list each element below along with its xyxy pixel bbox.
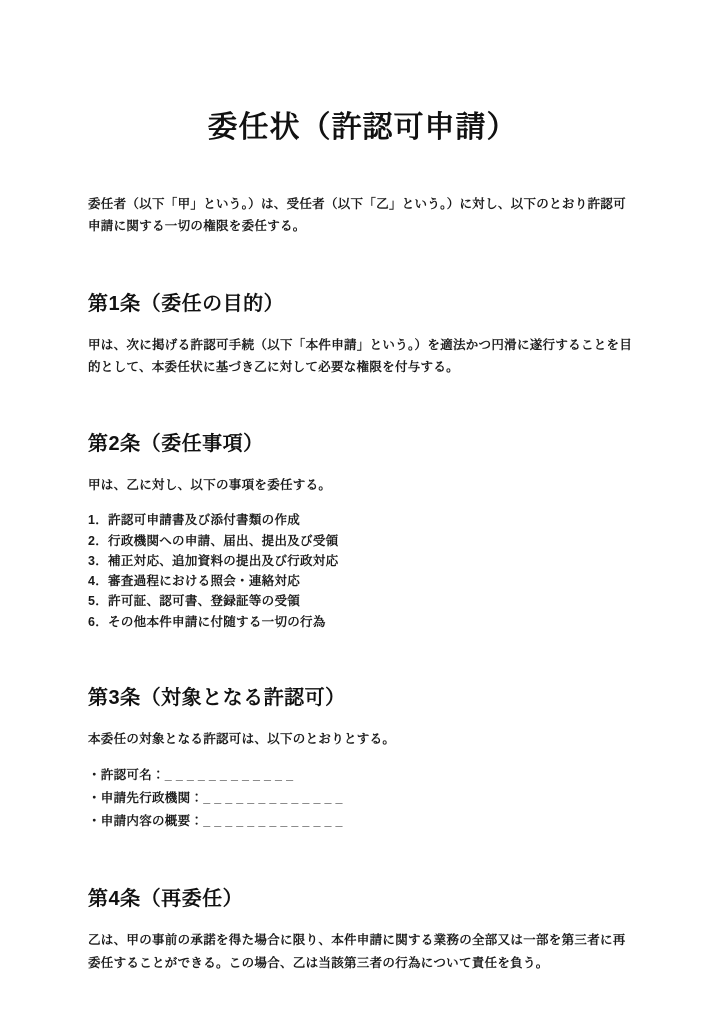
section-article-2: 第2条（委任事項） 甲は、乙に対し、以下の事項を委任する。 1．許認可申請書及び…	[88, 432, 637, 632]
section-article-3: 第3条（対象となる許認可） 本委任の対象となる許認可は、以下のとおりとする。 ・…	[88, 686, 637, 834]
list-item: 1．許認可申請書及び添付書類の作成	[88, 510, 637, 530]
list-item: 4．審査過程における照会・連絡対応	[88, 571, 637, 591]
article-2-heading: 第2条（委任事項）	[88, 432, 637, 457]
article-1-body: 甲は、次に掲げる許認可手続（以下「本件申請」という。）を適法かつ円滑に遂行するこ…	[88, 334, 637, 379]
target-permit-list: ・許認可名：_ _ _ _ _ _ _ _ _ _ _ _ ・申請先行政機関：_…	[88, 764, 637, 833]
list-item: 6．その他本件申請に付随する一切の行為	[88, 612, 637, 632]
article-3-heading: 第3条（対象となる許認可）	[88, 686, 637, 711]
article-4-body: 乙は、甲の事前の承諾を得た場合に限り、本件申請に関する業務の全部又は一部を第三者…	[88, 929, 637, 974]
delegated-matters-list: 1．許認可申請書及び添付書類の作成 2．行政機関への申請、届出、提出及び受領 3…	[88, 510, 637, 632]
section-article-1: 第1条（委任の目的） 甲は、次に掲げる許認可手続（以下「本件申請」という。）を適…	[88, 292, 637, 379]
article-2-body: 甲は、乙に対し、以下の事項を委任する。	[88, 474, 637, 496]
document-page: 委任状（許認可申請） 委任者（以下「甲」という。）は、受任者（以下「乙」という。…	[0, 0, 724, 1024]
intro-paragraph: 委任者（以下「甲」という。）は、受任者（以下「乙」という。）に対し、以下のとおり…	[88, 193, 637, 238]
list-item: 5．許可証、認可書、登録証等の受領	[88, 591, 637, 611]
article-1-heading: 第1条（委任の目的）	[88, 292, 637, 317]
document-title: 委任状（許認可申請）	[88, 108, 637, 147]
list-item: ・許認可名：_ _ _ _ _ _ _ _ _ _ _ _	[88, 764, 637, 787]
list-item: 3．補正対応、追加資料の提出及び行政対応	[88, 551, 637, 571]
list-item: ・申請先行政機関：_ _ _ _ _ _ _ _ _ _ _ _ _	[88, 787, 637, 810]
section-article-4: 第4条（再委任） 乙は、甲の事前の承諾を得た場合に限り、本件申請に関する業務の全…	[88, 887, 637, 974]
list-item: ・申請内容の概要：_ _ _ _ _ _ _ _ _ _ _ _ _	[88, 810, 637, 833]
list-item: 2．行政機関への申請、届出、提出及び受領	[88, 531, 637, 551]
article-3-body: 本委任の対象となる許認可は、以下のとおりとする。	[88, 728, 637, 750]
article-4-heading: 第4条（再委任）	[88, 887, 637, 912]
